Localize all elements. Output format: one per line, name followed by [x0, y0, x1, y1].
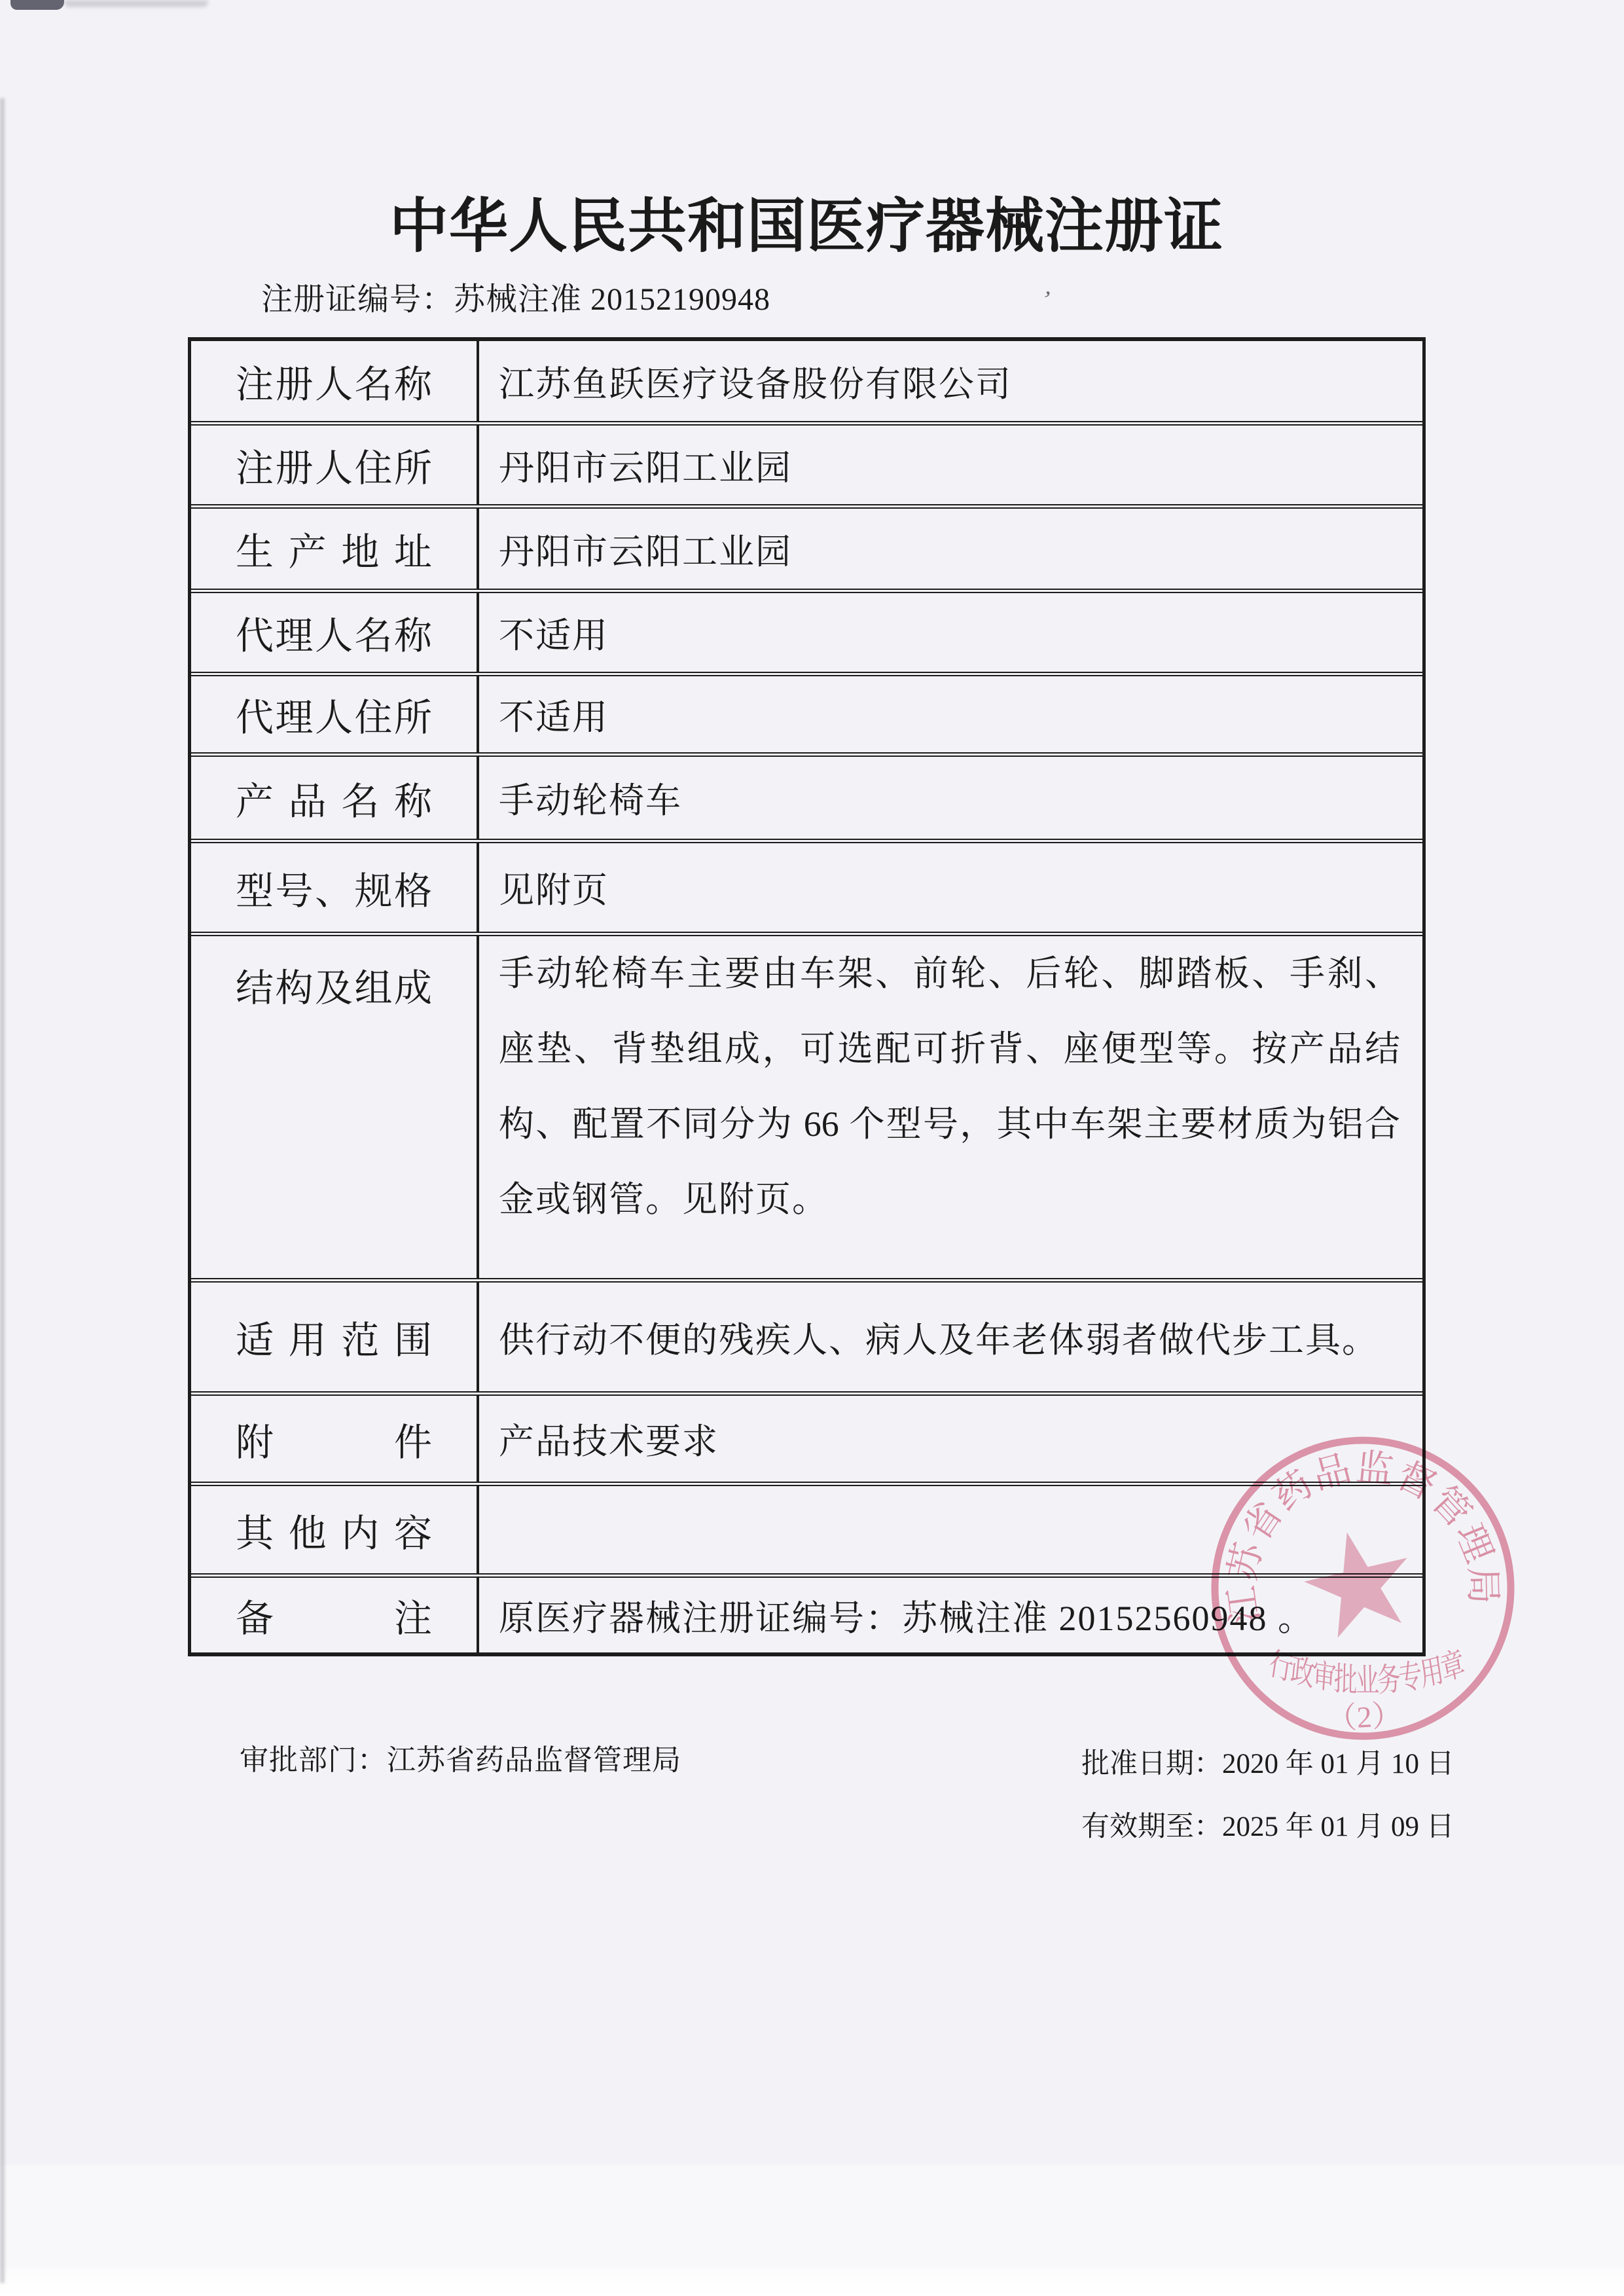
table-row-structure: 结构及组成 手动轮椅车主要由车架、前轮、后轮、脚踏板、手刹、 座垫、背垫组成，可… — [191, 932, 1422, 1278]
row-value: 不适用 — [479, 676, 1422, 752]
scan-staple-mark — [10, 0, 64, 10]
stamp-subtitle-text: 行政审批业务专用章 — [1265, 1635, 1469, 1705]
table-row: 产品名称 手动轮椅车 — [191, 752, 1422, 839]
row-value: 不适用 — [479, 593, 1422, 672]
row-label: 注册人名称 — [191, 341, 479, 421]
row-label: 代理人住所 — [191, 676, 479, 752]
table-row: 生产地址 丹阳市云阳工业园 — [191, 504, 1422, 589]
table-row: 注册人住所 丹阳市云阳工业园 — [191, 421, 1422, 504]
row-label: 注册人住所 — [191, 426, 479, 504]
structure-line: 座垫、背垫组成，可选配可折背、座便型等。按产品结 — [499, 1011, 1400, 1087]
row-label: 型号、规格 — [191, 843, 479, 932]
table-row: 代理人住所 不适用 — [191, 672, 1422, 752]
official-seal-stamp: 江苏省药品监督管理局 行政审批业务专用章 （2） — [1157, 1382, 1570, 1795]
stamp-star-icon — [1295, 1520, 1421, 1642]
svg-text:行政审批业务专用章: 行政审批业务专用章 — [1265, 1635, 1469, 1705]
scanned-certificate-page: { "page": { "title": "中华人民共和国医疗器械注册证", "… — [0, 0, 1624, 2296]
scan-speck: ʼ — [1039, 285, 1054, 315]
row-value: 见附页 — [479, 843, 1422, 932]
row-label: 其他内容 — [191, 1486, 479, 1573]
table-row: 型号、规格 见附页 — [191, 839, 1422, 932]
approval-department: 审批部门：江苏省药品监督管理局 — [240, 1736, 681, 1778]
row-value: 供行动不便的残疾人、病人及年老体弱者做代步工具。 — [479, 1283, 1422, 1391]
row-label: 生产地址 — [191, 509, 479, 589]
scan-smudge — [64, 0, 208, 7]
structure-line: 手动轮椅车主要由车架、前轮、后轮、脚踏板、手刹、 — [499, 936, 1400, 1011]
row-value: 丹阳市云阳工业园 — [479, 509, 1422, 589]
certificate-number-line: 注册证编号：苏械注准 20152190948 — [261, 274, 770, 319]
row-label: 结构及组成 — [191, 936, 479, 1278]
row-value: 手动轮椅车 — [479, 757, 1422, 839]
structure-line: 金或钢管。见附页。 — [499, 1162, 1400, 1237]
row-value: 手动轮椅车主要由车架、前轮、后轮、脚踏板、手刹、 座垫、背垫组成，可选配可折背、… — [479, 936, 1422, 1278]
row-value: 丹阳市云阳工业园 — [479, 426, 1422, 504]
stamp-number-text: （2） — [1326, 1698, 1403, 1736]
row-value: 江苏鱼跃医疗设备股份有限公司 — [479, 341, 1422, 421]
certificate-title: 中华人民共和国医疗器械注册证 — [0, 178, 1613, 263]
row-label: 代理人名称 — [191, 593, 479, 672]
row-label: 附 件 — [191, 1396, 479, 1482]
table-row: 适用范围 供行动不便的残疾人、病人及年老体弱者做代步工具。 — [191, 1278, 1422, 1391]
valid-until-date: 有效期至：2025 年 01 月 09 日 — [1081, 1804, 1454, 1844]
structure-line: 构、配置不同分为 66 个型号，其中车架主要材质为铝合 — [499, 1087, 1400, 1162]
row-label: 适用范围 — [191, 1283, 479, 1391]
table-row: 注册人名称 江苏鱼跃医疗设备股份有限公司 — [191, 341, 1422, 421]
row-label: 产品名称 — [191, 757, 479, 839]
table-row: 代理人名称 不适用 — [191, 589, 1422, 672]
row-label: 备 注 — [191, 1578, 479, 1652]
scan-edge-shadow — [0, 98, 5, 2283]
